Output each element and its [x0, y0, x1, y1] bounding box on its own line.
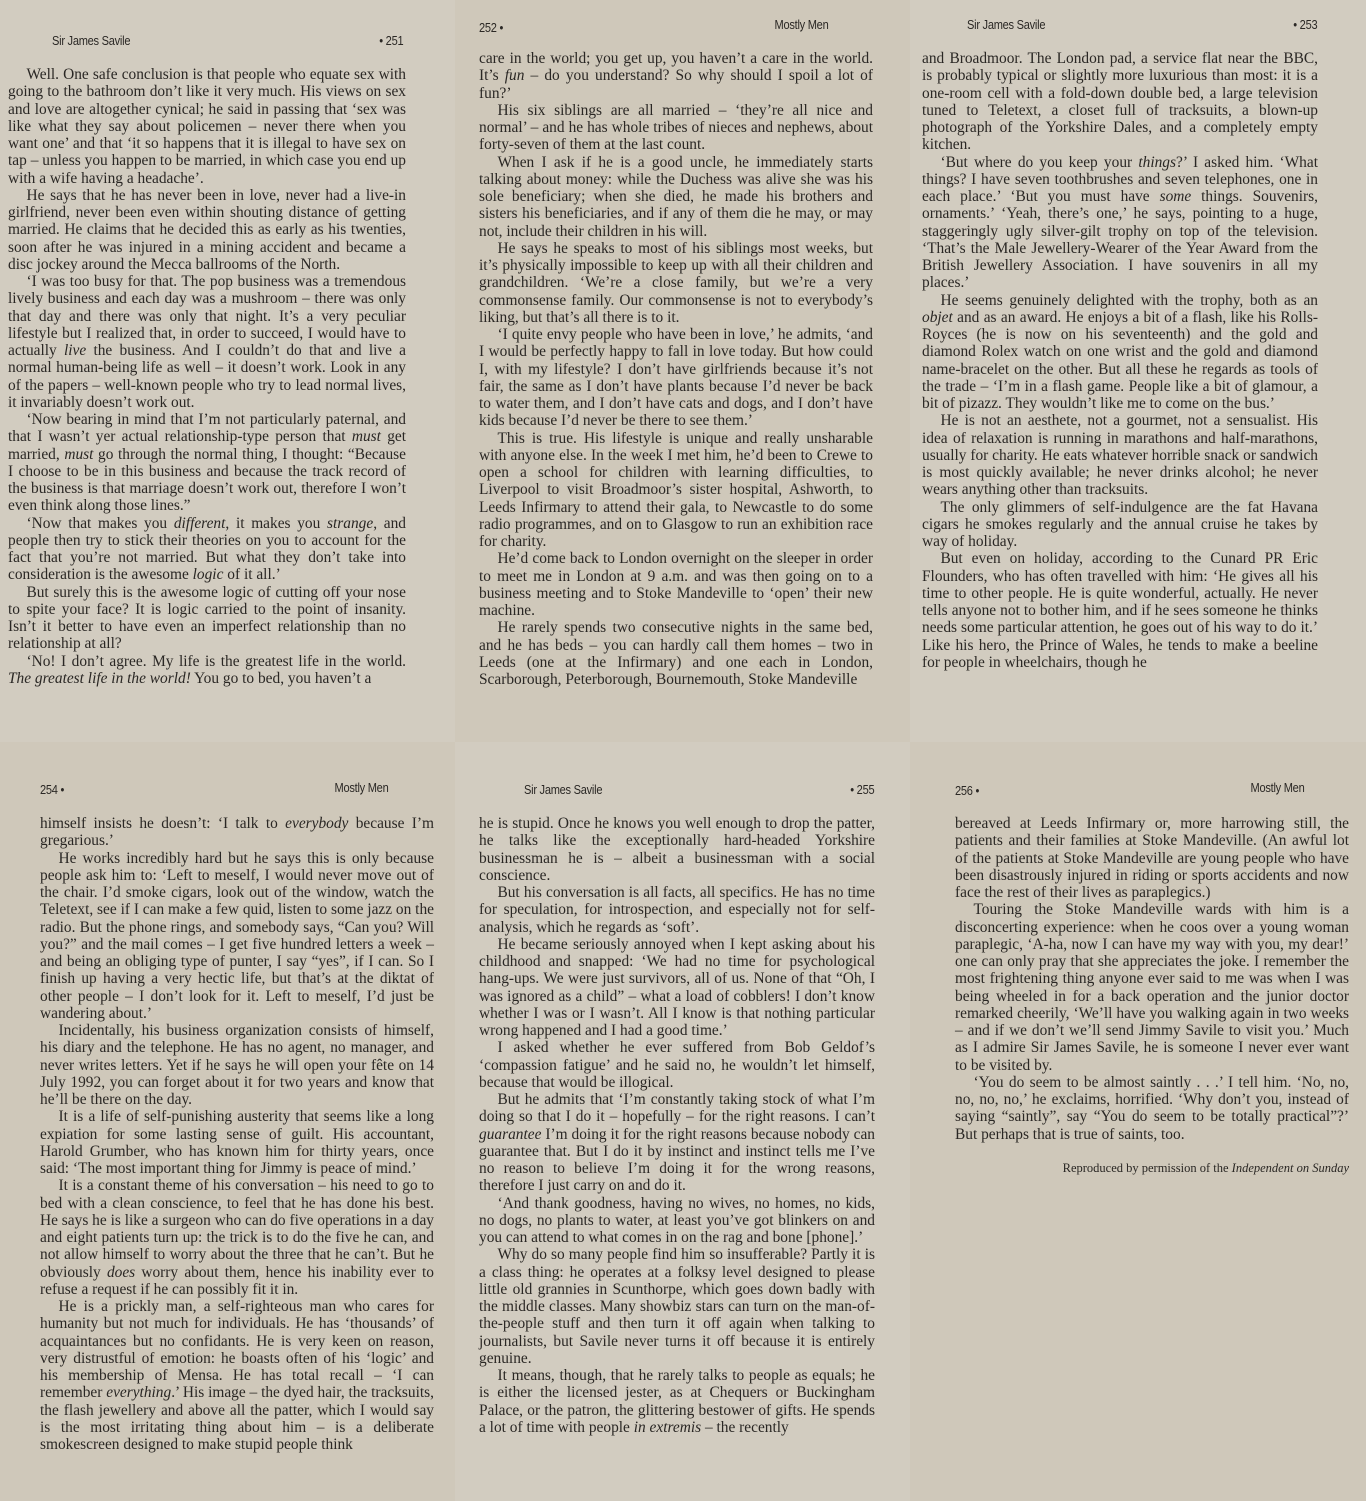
- credit-prefix: Reproduced by permission of the: [1063, 1161, 1232, 1175]
- page-body: Well. One safe conclusion is that people…: [8, 66, 406, 687]
- page-body: he is stupid. Once he knows you well eno…: [479, 815, 875, 1436]
- page-number: • 253: [1293, 17, 1317, 32]
- paragraph: It means, though, that he rarely talks t…: [479, 1367, 875, 1436]
- page-255: Sir James Savile • 255 he is stupid. Onc…: [455, 742, 910, 1501]
- paragraph: Touring the Stoke Mandeville wards with …: [955, 901, 1349, 1074]
- page-number: • 255: [850, 782, 874, 797]
- page-251: Sir James Savile • 251 Well. One safe co…: [0, 0, 455, 742]
- page-number: 256 •: [955, 783, 979, 798]
- running-head: Mostly Men: [334, 780, 388, 795]
- page-number: • 251: [379, 33, 403, 48]
- paragraph: He is not an aesthete, not a gourmet, no…: [922, 412, 1318, 498]
- page-252: 252 • Mostly Men care in the world; you …: [455, 0, 910, 742]
- paragraph: care in the world; you get up, you haven…: [479, 50, 873, 102]
- paragraph: The only glimmers of self-indulgence are…: [922, 499, 1318, 551]
- page-number: 252 •: [479, 20, 503, 35]
- paragraph: himself insists he doesn’t: ‘I talk to e…: [40, 815, 434, 850]
- page-256: 256 • Mostly Men bereaved at Leeds Infir…: [910, 742, 1366, 1501]
- paragraph: bereaved at Leeds Infirmary or, more har…: [955, 815, 1349, 901]
- paragraph: He is a prickly man, a self-righteous ma…: [40, 1298, 434, 1453]
- page-body: bereaved at Leeds Infirmary or, more har…: [955, 815, 1349, 1143]
- paragraph: He became seriously annoyed when I kept …: [479, 936, 875, 1040]
- paragraph: But surely this is the awesome logic of …: [8, 584, 406, 653]
- page-number: 254 •: [40, 782, 64, 797]
- paragraph: ‘But where do you keep your things?’ I a…: [922, 154, 1318, 292]
- paragraph: He works incredibly hard but he says thi…: [40, 850, 434, 1023]
- paragraph: he is stupid. Once he knows you well eno…: [479, 815, 875, 884]
- running-head: Mostly Men: [1250, 780, 1304, 795]
- paragraph: Incidentally, his business organization …: [40, 1022, 434, 1108]
- paragraph: He seems genuinely delighted with the tr…: [922, 292, 1318, 413]
- paragraph: ‘And thank goodness, having no wives, no…: [479, 1195, 875, 1247]
- running-head: Sir James Savile: [524, 782, 602, 797]
- paragraph: He rarely spends two consecutive nights …: [479, 619, 873, 688]
- page-253: Sir James Savile • 253 and Broadmoor. Th…: [910, 0, 1366, 742]
- paragraph: But his conversation is all facts, all s…: [479, 884, 875, 936]
- running-head: Sir James Savile: [52, 33, 130, 48]
- paragraph: This is true. His lifestyle is unique an…: [479, 430, 873, 551]
- paragraph: and Broadmoor. The London pad, a service…: [922, 50, 1318, 154]
- paragraph: ‘I was too busy for that. The pop busine…: [8, 273, 406, 411]
- paragraph: Why do so many people find him so insuff…: [479, 1246, 875, 1367]
- paragraph: But even on holiday, according to the Cu…: [922, 550, 1318, 671]
- paragraph: He says that he has never been in love, …: [8, 187, 406, 273]
- page-254: 254 • Mostly Men himself insists he does…: [0, 742, 455, 1501]
- permission-credit: Reproduced by permission of the Independ…: [1063, 1161, 1349, 1176]
- paragraph: I asked whether he ever suffered from Bo…: [479, 1039, 875, 1091]
- credit-source: Independent on Sunday: [1232, 1161, 1349, 1175]
- running-head: Mostly Men: [774, 17, 828, 32]
- page-body: care in the world; you get up, you haven…: [479, 50, 873, 688]
- paragraph: ‘Now that makes you different, it makes …: [8, 515, 406, 584]
- paragraph: ‘I quite envy people who have been in lo…: [479, 326, 873, 430]
- paragraph: ‘No! I don’t agree. My life is the great…: [8, 653, 406, 688]
- paragraph: But he admits that ‘I’m constantly takin…: [479, 1091, 875, 1195]
- paragraph: He says he speaks to most of his sibling…: [479, 240, 873, 326]
- paragraph: ‘Now bearing in mind that I’m not partic…: [8, 411, 406, 515]
- paragraph: It is a constant theme of his conversati…: [40, 1177, 434, 1298]
- paragraph: It is a life of self-punishing austerity…: [40, 1108, 434, 1177]
- page-body: and Broadmoor. The London pad, a service…: [922, 50, 1318, 671]
- paragraph: Well. One safe conclusion is that people…: [8, 66, 406, 187]
- running-head: Sir James Savile: [967, 17, 1045, 32]
- paragraph: ‘You do seem to be almost saintly . . .’…: [955, 1074, 1349, 1143]
- paragraph: When I ask if he is a good uncle, he imm…: [479, 154, 873, 240]
- paragraph: His six siblings are all married – ‘they…: [479, 102, 873, 154]
- page-body: himself insists he doesn’t: ‘I talk to e…: [40, 815, 434, 1453]
- paragraph: He’d come back to London overnight on th…: [479, 550, 873, 619]
